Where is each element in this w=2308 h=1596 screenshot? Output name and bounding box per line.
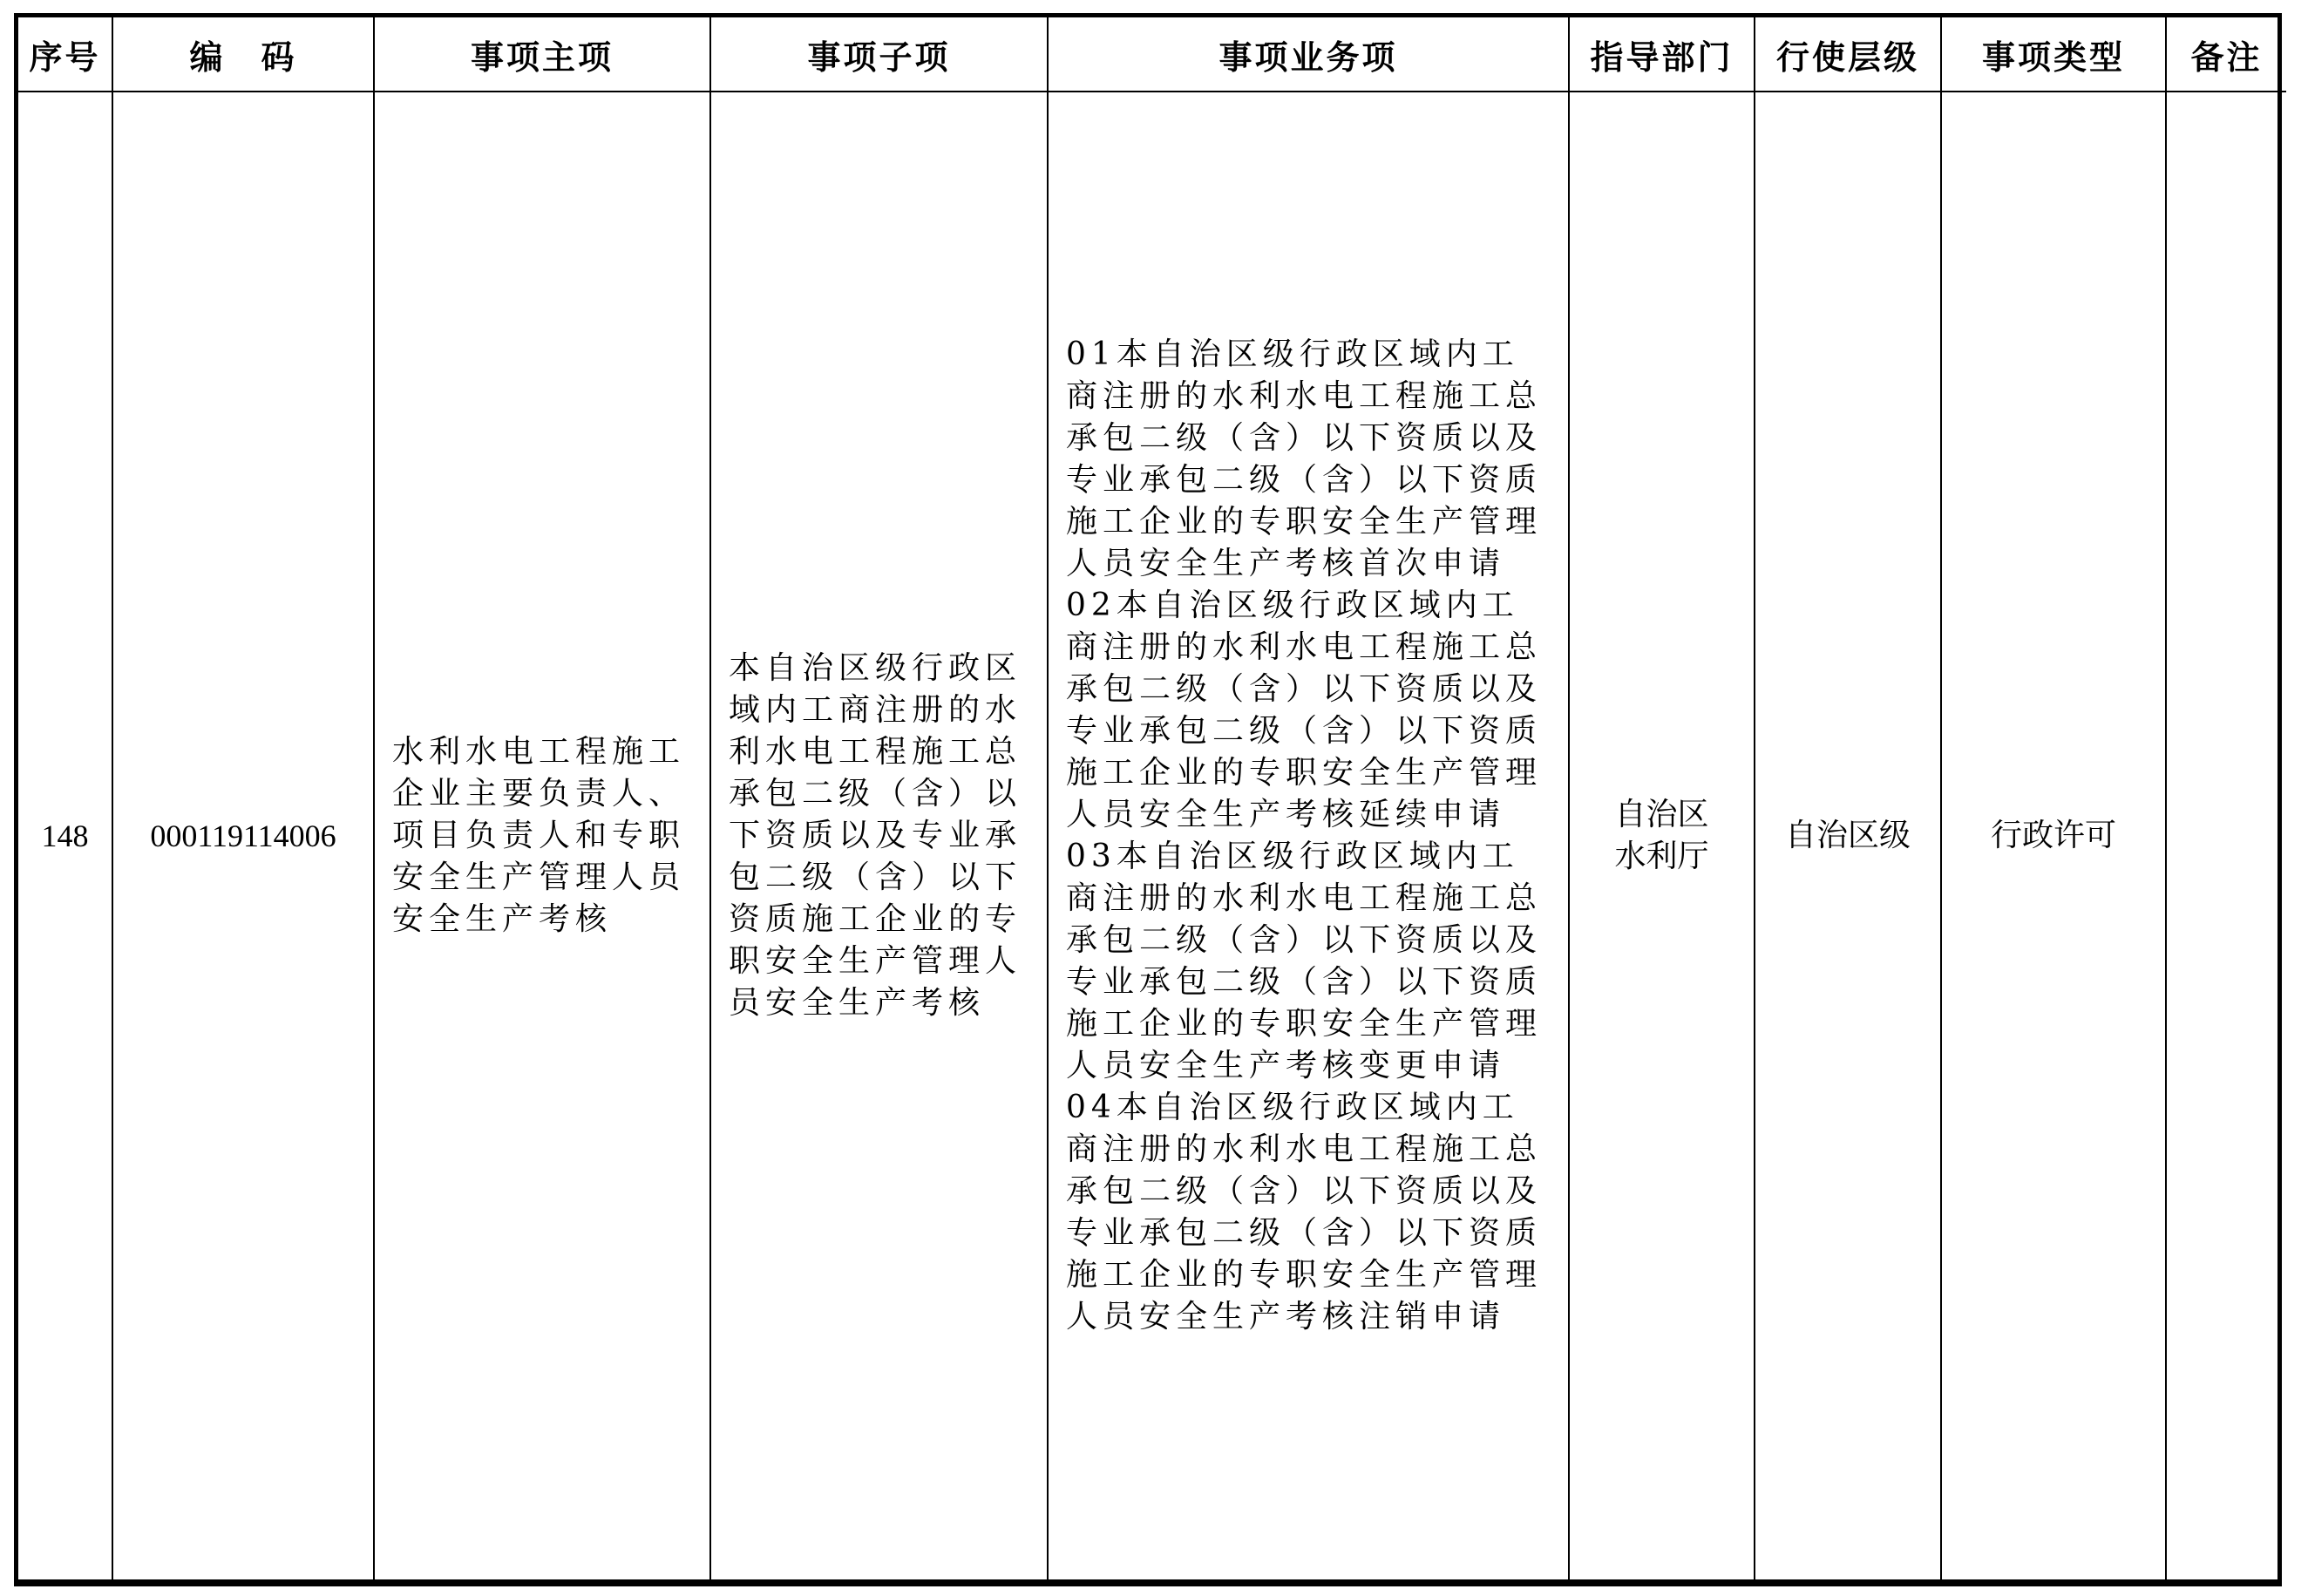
cell-index: 148	[18, 92, 112, 1579]
cell-code: 000119114006	[112, 92, 374, 1579]
business-item-03: 03本自治区级行政区域内工商注册的水利水电工程施工总承包二级（含）以下资质以及专…	[1066, 836, 1551, 1087]
header-code: 编 码	[112, 17, 374, 92]
header-type: 事项类型	[1941, 17, 2166, 92]
item-table-frame: 序号 编 码 事项主项 事项子项 事项业务项 指导部门 行使层级 事项类型 备注…	[14, 13, 2282, 1586]
cell-remarks	[2166, 92, 2286, 1579]
department-line-1: 自治区	[1570, 794, 1754, 836]
header-row: 序号 编 码 事项主项 事项子项 事项业务项 指导部门 行使层级 事项类型 备注	[18, 17, 2286, 92]
cell-main-item: 水利水电工程施工企业主要负责人、项目负责人和专职安全生产管理人员安全生产考核	[374, 92, 710, 1579]
header-level: 行使层级	[1755, 17, 1941, 92]
cell-sub-item: 本自治区级行政区域内工商注册的水利水电工程施工总承包二级（含）以下资质以及专业承…	[710, 92, 1048, 1579]
cell-type: 行政许可	[1941, 92, 2166, 1579]
administrative-items-table: 序号 编 码 事项主项 事项子项 事项业务项 指导部门 行使层级 事项类型 备注…	[18, 17, 2286, 1579]
header-remarks: 备注	[2166, 17, 2286, 92]
department-line-2: 水利厅	[1570, 836, 1754, 878]
cell-level: 自治区级	[1755, 92, 1941, 1579]
header-department: 指导部门	[1569, 17, 1755, 92]
cell-department: 自治区 水利厅	[1569, 92, 1755, 1579]
business-item-01: 01本自治区级行政区域内工商注册的水利水电工程施工总承包二级（含）以下资质以及专…	[1066, 334, 1551, 585]
table-row: 148 000119114006 水利水电工程施工企业主要负责人、项目负责人和专…	[18, 92, 2286, 1579]
header-business-item: 事项业务项	[1048, 17, 1569, 92]
cell-business-items: 01本自治区级行政区域内工商注册的水利水电工程施工总承包二级（含）以下资质以及专…	[1048, 92, 1569, 1579]
business-item-04: 04本自治区级行政区域内工商注册的水利水电工程施工总承包二级（含）以下资质以及专…	[1066, 1087, 1551, 1338]
header-main-item: 事项主项	[374, 17, 710, 92]
header-index: 序号	[18, 17, 112, 92]
header-sub-item: 事项子项	[710, 17, 1048, 92]
business-item-02: 02本自治区级行政区域内工商注册的水利水电工程施工总承包二级（含）以下资质以及专…	[1066, 585, 1551, 836]
